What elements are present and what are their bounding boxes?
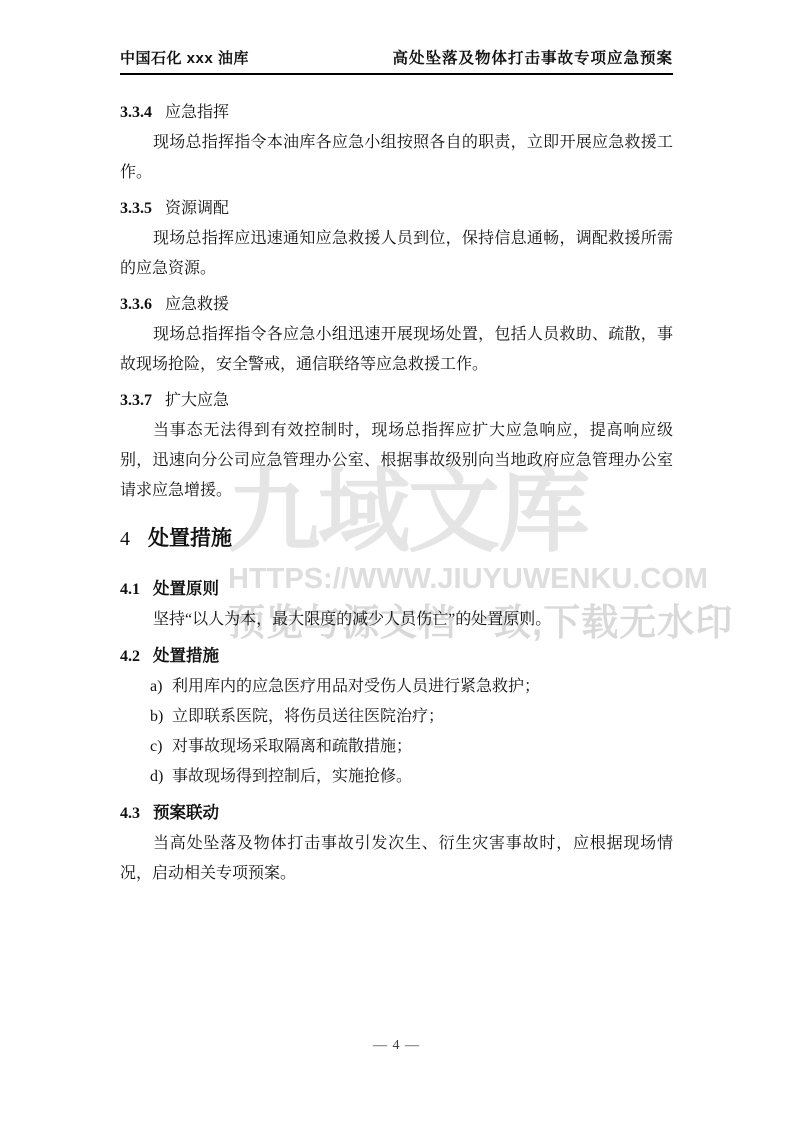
paragraph-3-3-7: 当事态无法得到有效控制时，现场总指挥应扩大应急响应，提高响应级别，迅速向分公司应…	[120, 416, 673, 506]
list-item-a-marker: a)	[150, 672, 172, 702]
paragraph-4-1: 坚持“以人为本，最大限度的减少人员伤亡”的处置原则。	[120, 605, 673, 635]
heading-4-1-number: 4.1	[120, 581, 140, 598]
list-item-d-text: 事故现场得到控制后，实施抢修。	[172, 762, 673, 792]
list-item-c-text: 对事故现场采取隔离和疏散措施；	[172, 732, 673, 762]
paragraph-3-3-6: 现场总指挥指令各应急小组迅速开展现场处置，包括人员救助、疏散，事故现场抢险，安全…	[120, 320, 673, 380]
header-document-title: 高处坠落及物体打击事故专项应急预案	[392, 46, 673, 68]
list-item-c: c) 对事故现场采取隔离和疏散措施；	[120, 732, 673, 762]
paragraph-3-3-4: 现场总指挥指令本油库各应急小组按照各自的职责，立即开展应急救援工作。	[120, 128, 673, 188]
heading-4-3: 4.3预案联动	[120, 798, 673, 829]
heading-3-3-4: 3.3.4应急指挥	[120, 98, 673, 128]
heading-3-3-5-number: 3.3.5	[120, 200, 152, 217]
heading-chapter-4-title: 处置措施	[148, 527, 232, 550]
heading-3-3-5: 3.3.5资源调配	[120, 194, 673, 224]
page-number: — 4 —	[0, 1038, 793, 1054]
heading-3-3-6: 3.3.6应急救援	[120, 290, 673, 320]
document-body: 3.3.4应急指挥 现场总指挥指令本油库各应急小组按照各自的职责，立即开展应急救…	[120, 92, 673, 889]
list-item-d: d) 事故现场得到控制后，实施抢修。	[120, 762, 673, 792]
heading-3-3-6-number: 3.3.6	[120, 296, 152, 313]
heading-3-3-7-title: 扩大应急	[165, 392, 229, 409]
heading-4-1: 4.1处置原则	[120, 574, 673, 605]
heading-4-2-title: 处置措施	[153, 647, 219, 665]
heading-4-2: 4.2处置措施	[120, 641, 673, 672]
measures-list: a) 利用库内的应急医疗用品对受伤人员进行紧急救护； b) 立即联系医院，将伤员…	[120, 672, 673, 792]
heading-chapter-4: 4处置措施	[120, 522, 673, 558]
heading-3-3-6-title: 应急救援	[165, 296, 229, 313]
heading-4-2-number: 4.2	[120, 648, 140, 665]
heading-4-3-number: 4.3	[120, 805, 140, 822]
list-item-c-marker: c)	[150, 732, 172, 762]
list-item-d-marker: d)	[150, 762, 172, 792]
heading-chapter-4-number: 4	[120, 528, 130, 550]
heading-3-3-4-number: 3.3.4	[120, 104, 152, 121]
list-item-a: a) 利用库内的应急医疗用品对受伤人员进行紧急救护；	[120, 672, 673, 702]
paragraph-4-3: 当高处坠落及物体打击事故引发次生、衍生灾害事故时，应根据现场情况，启动相关专项预…	[120, 829, 673, 889]
header-company-name: 中国石化 xxx 油库	[120, 47, 249, 68]
list-item-b-text: 立即联系医院，将伤员送往医院治疗；	[172, 702, 673, 732]
list-item-b-marker: b)	[150, 702, 172, 732]
list-item-a-text: 利用库内的应急医疗用品对受伤人员进行紧急救护；	[172, 672, 673, 702]
document-page: 九域文库 HTTPS://WWW.JIUYUWENKU.COM 预览与源文档一致…	[0, 0, 793, 1122]
heading-3-3-7: 3.3.7扩大应急	[120, 386, 673, 416]
paragraph-3-3-5: 现场总指挥应迅速通知应急救援人员到位，保持信息通畅，调配救援所需的应急资源。	[120, 224, 673, 284]
heading-3-3-4-title: 应急指挥	[165, 104, 229, 121]
heading-3-3-5-title: 资源调配	[165, 200, 229, 217]
heading-4-3-title: 预案联动	[153, 804, 219, 822]
page-header: 中国石化 xxx 油库 高处坠落及物体打击事故专项应急预案	[120, 46, 673, 75]
heading-3-3-7-number: 3.3.7	[120, 392, 152, 409]
heading-4-1-title: 处置原则	[153, 580, 219, 598]
list-item-b: b) 立即联系医院，将伤员送往医院治疗；	[120, 702, 673, 732]
